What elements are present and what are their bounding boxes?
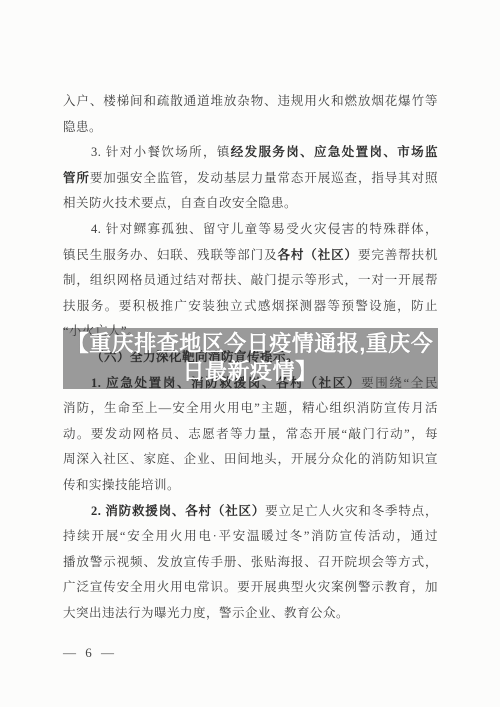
text-line: 广泛宣传安全用火用电常识。要开展典型火灾案例警示教育，加 xyxy=(63,575,438,601)
body-text: 消防，生命至上—安全用火用电”主题，精心组织消防宣传月活 xyxy=(63,401,438,415)
text-line: 入户、楼梯间和疏散通道堆放杂物、违规用火和燃放烟花爆竹等 xyxy=(63,89,438,115)
overlay-banner-line1: 【重庆排查地区今日疫情通报,重庆今 xyxy=(55,330,445,358)
body-text: 大突出违法行为曝光力度，警示企业、教育公众。 xyxy=(63,606,349,620)
bold-text: 各村（社区） xyxy=(278,248,358,262)
body-text: 4. 针对鳏寡孤独、留守儿童等易受火灾侵害的特殊群体， xyxy=(91,222,438,236)
body-text: 持续开展“安全用火用电·平安温暖过冬”消防宣传活动，通过 xyxy=(63,529,438,543)
body-text: 镇民生服务办、妇联、残联等部门及 xyxy=(63,248,278,262)
text-line: 4. 针对鳏寡孤独、留守儿童等易受火灾侵害的特殊群体， xyxy=(63,217,438,243)
bold-text: 经发服务岗、应急处置岗、市场监 xyxy=(231,145,438,159)
body-text: 隐患。 xyxy=(63,120,102,134)
text-line: 制，组织网格员通过结对帮扶、敲门提示等形式，一对一开展帮 xyxy=(63,268,438,294)
body-text: 入户、楼梯间和疏散通道堆放杂物、违规用火和燃放烟花爆竹等 xyxy=(63,94,438,108)
text-line: 隐患。 xyxy=(63,115,438,141)
text-line: 大突出违法行为曝光力度，警示企业、教育公众。 xyxy=(63,601,438,627)
text-line: 镇民生服务办、妇联、残联等部门及各村（社区）要完善帮扶机 xyxy=(63,243,438,269)
text-line: 周深入社区、家庭、企业、田间地头，开展分众化的消防知识宣 xyxy=(63,447,438,473)
text-line: 持续开展“安全用火用电·平安温暖过冬”消防宣传活动，通过 xyxy=(63,524,438,550)
text-line: 播放警示视频、发放宣传手册、张贴海报、召开院坝会等方式， xyxy=(63,550,438,576)
text-line: 管所要加强安全监管，发动基层力量常态开展巡查，指导其对照 xyxy=(63,166,438,192)
body-text: 广泛宣传安全用火用电常识。要开展典型火灾案例警示教育，加 xyxy=(63,580,438,594)
body-text: 要加强安全监管，发动基层力量常态开展巡查，指导其对照 xyxy=(90,171,438,185)
page-number: — 6 — xyxy=(63,645,117,661)
body-text: 制，组织网格员通过结对帮扶、敲门提示等形式，一对一开展帮 xyxy=(63,273,438,287)
text-line: 2. 消防救援岗、各村（社区）要立足亡人火灾和冬季特点， xyxy=(63,499,438,525)
body-text: 周深入社区、家庭、企业、田间地头，开展分众化的消防知识宣 xyxy=(63,452,438,466)
text-line: 传和实操技能培训。 xyxy=(63,473,438,499)
text-line: 消防，生命至上—安全用火用电”主题，精心组织消防宣传月活 xyxy=(63,396,438,422)
body-text: 要完善帮扶机 xyxy=(358,248,438,262)
body-text: 动。要发动网格员、志愿者等力量，常态开展“敲门行动”，每 xyxy=(63,427,438,441)
overlay-banner-title: 【重庆排查地区今日疫情通报,重庆今 日最新疫情】 xyxy=(55,330,445,386)
text-line: 3. 针对小餐饮场所，镇经发服务岗、应急处置岗、市场监 xyxy=(63,140,438,166)
text-line: 扶服务。要积极推广安装独立式感烟探测器等预警设施，防止 xyxy=(63,294,438,320)
body-text: 要立足亡人火灾和冬季特点， xyxy=(265,504,438,518)
overlay-banner-line2: 日最新疫情】 xyxy=(55,358,445,386)
document-page: 入户、楼梯间和疏散通道堆放杂物、违规用火和燃放烟花爆竹等隐患。3. 针对小餐饮场… xyxy=(0,0,500,707)
body-text: 播放警示视频、发放宣传手册、张贴海报、召开院坝会等方式， xyxy=(63,555,438,569)
text-line: 动。要发动网格员、志愿者等力量，常态开展“敲门行动”，每 xyxy=(63,422,438,448)
body-text: 传和实操技能培训。 xyxy=(63,478,180,492)
body-text: 相关防火技术要点，自查自改安全隐患。 xyxy=(63,196,297,210)
body-text: 3. 针对小餐饮场所，镇 xyxy=(91,145,231,159)
bold-text: 2. 消防救援岗、各村（社区） xyxy=(91,504,265,518)
body-text: 扶服务。要积极推广安装独立式感烟探测器等预警设施，防止 xyxy=(63,299,438,313)
text-line: 相关防火技术要点，自查自改安全隐患。 xyxy=(63,191,438,217)
bold-text: 管所 xyxy=(63,171,90,185)
